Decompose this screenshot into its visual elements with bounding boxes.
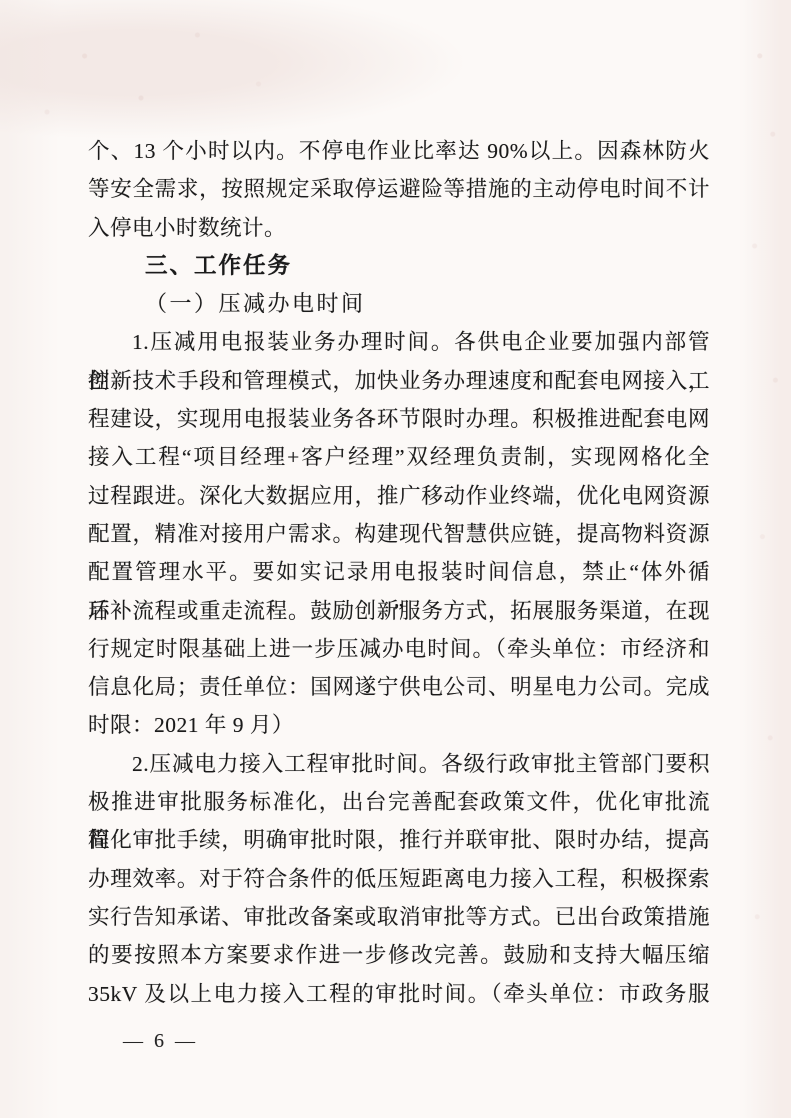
scan-noise-left [0,0,60,1118]
body-line: 配置管理水平。要如实记录用电报装时间信息，禁止“体外循环”、 [88,553,710,591]
body-line: 程建设，实现用电报装业务各环节限时办理。积极推进配套电网 [88,400,710,438]
body-line: 1.压减用电报装业务办理时间。各供电企业要加强内部管控， [88,323,710,361]
document-body: 个、13 个小时以内。不停电作业比率达 90%以上。因森林防火 等安全需求，按照… [88,132,710,1013]
body-line: 创新技术手段和管理模式，加快业务办理速度和配套电网接入工 [88,362,710,400]
body-line: 后补流程或重走流程。鼓励创新服务方式，拓展服务渠道，在现 [88,592,710,630]
body-line: 入停电小时数统计。 [88,209,710,247]
body-line: 等安全需求，按照规定采取停运避险等措施的主动停电时间不计 [88,170,710,208]
body-line: 简化审批手续，明确审批时限，推行并联审批、限时办结，提高 [88,821,710,859]
scan-noise-right [739,0,791,1118]
body-line: 过程跟进。深化大数据应用，推广移动作业终端，优化电网资源 [88,477,710,515]
body-line: 时限：2021 年 9 月） [88,706,710,744]
body-line: 2.压减电力接入工程审批时间。各级行政审批主管部门要积 [88,745,710,783]
scan-noise-top [0,0,470,140]
page-number: — 6 — [123,1030,198,1053]
body-line: 的要按照本方案要求作进一步修改完善。鼓励和支持大幅压缩 [88,936,710,974]
body-line: 信息化局；责任单位：国网遂宁供电公司、明星电力公司。完成 [88,668,710,706]
section-heading: 三、工作任务 [88,247,710,285]
body-line: 实行告知承诺、审批改备案或取消审批等方式。已出台政策措施 [88,898,710,936]
body-line: 35kV 及以上电力接入工程的审批时间。（牵头单位：市政务服 [88,975,710,1013]
subsection-heading: （一）压减办电时间 [88,285,710,323]
body-line: 极推进审批服务标准化，出台完善配套政策文件，优化审批流程， [88,783,710,821]
scanned-document-page: 个、13 个小时以内。不停电作业比率达 90%以上。因森林防火 等安全需求，按照… [0,0,791,1118]
body-line: 接入工程“项目经理+客户经理”双经理负责制，实现网格化全 [88,438,710,476]
body-line: 办理效率。对于符合条件的低压短距离电力接入工程，积极探索 [88,860,710,898]
body-line: 行规定时限基础上进一步压减办电时间。（牵头单位：市经济和 [88,630,710,668]
body-line: 配置，精准对接用户需求。构建现代智慧供应链，提高物料资源 [88,515,710,553]
body-line: 个、13 个小时以内。不停电作业比率达 90%以上。因森林防火 [88,132,710,170]
